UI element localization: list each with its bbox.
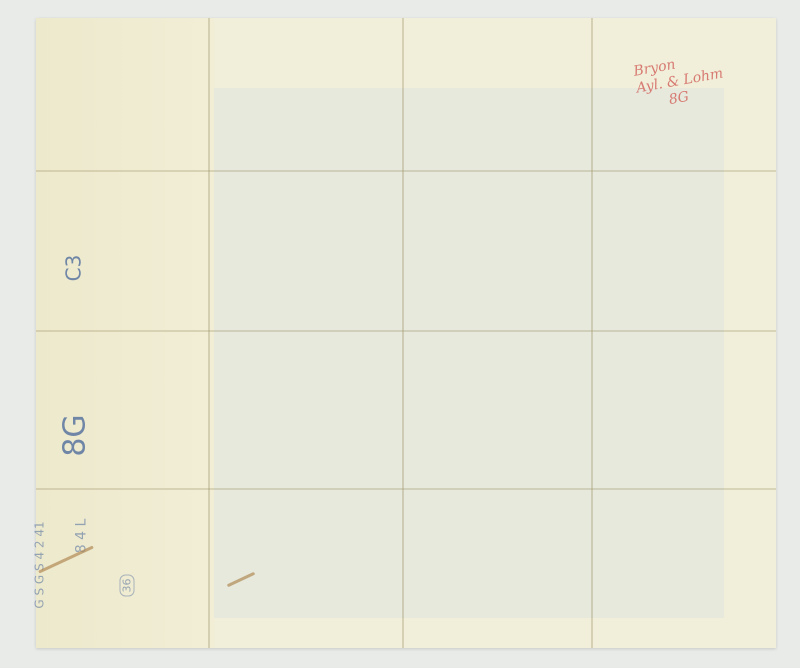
fold-line: [591, 18, 593, 648]
fold-line: [36, 330, 776, 332]
fold-line: [208, 18, 210, 648]
fold-line: [36, 488, 776, 490]
blue-8g: 8G: [58, 414, 93, 456]
printed-area: [214, 88, 724, 618]
fold-line: [402, 18, 404, 648]
fold-line: [36, 170, 776, 172]
blue-fraction-top: G S G S 4 2 41: [33, 521, 47, 608]
paper-sheet: Bryon Ayl. & Lohm 8G C3 8G G S G S 4 2 4…: [36, 18, 776, 648]
circled-number: 36: [120, 575, 135, 597]
blue-c3: C3: [61, 255, 85, 282]
left-panel: [36, 18, 214, 648]
